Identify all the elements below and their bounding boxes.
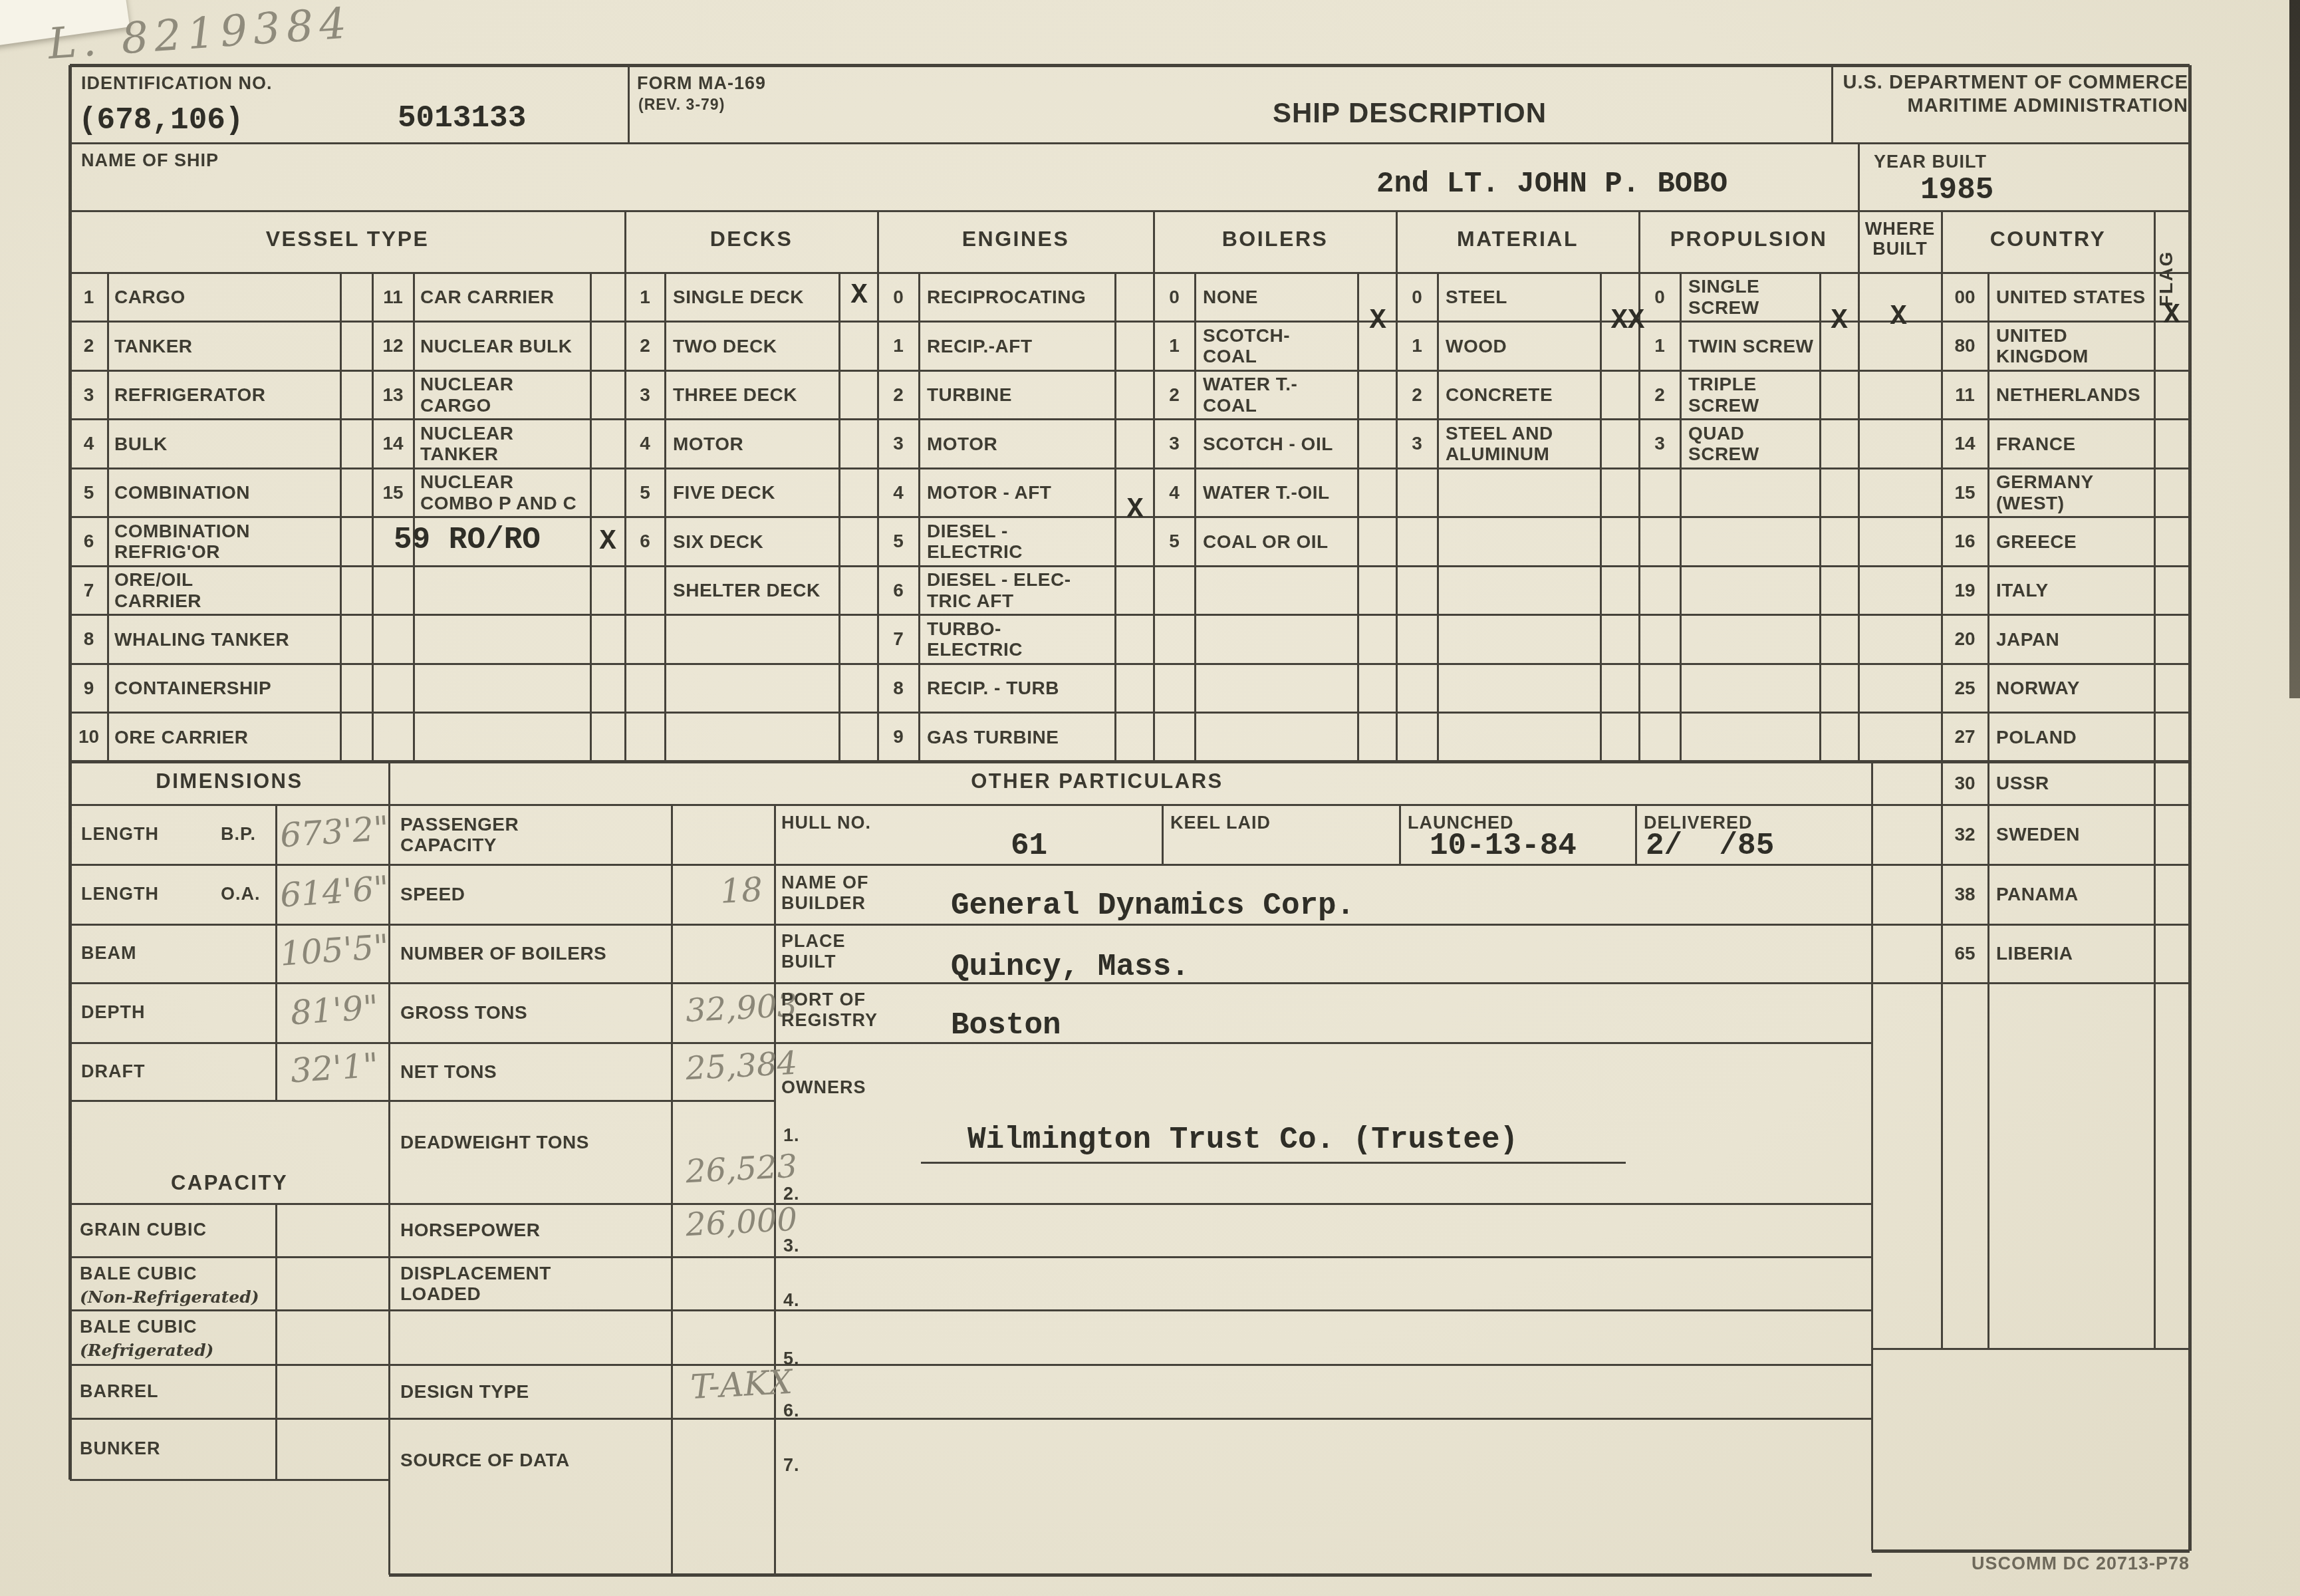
column-header-propulsion: PROPULSION [1639,227,1858,251]
boilers-item-label: SCOTCH - OIL [1203,420,1352,469]
boilers-item-code: 0 [1154,273,1195,322]
country-label: SWEDEN [1996,805,2149,864]
propulsion-item-code: 3 [1639,420,1680,469]
particular-value: 26,000 [658,1199,826,1245]
material-item-label: WOOD [1446,322,1595,371]
country-code: 00 [1942,273,1988,322]
country-code: 14 [1942,420,1988,469]
country-label: NORWAY [1996,664,2149,713]
country-code: 65 [1942,924,1988,983]
country-label: POLAND [1996,713,2149,762]
grid-line-v [340,273,342,761]
vessel-type-item-code: 9 [70,664,108,713]
propulsion-item-label: QUAD SCREW [1688,420,1815,469]
engines-item-code: 8 [878,664,919,713]
other-particulars-header: OTHER PARTICULARS [798,770,1396,793]
vessel-type-item2-code: 14 [372,420,414,469]
port-of-registry-label: PORT OF REGISTRY [781,990,878,1031]
propulsion-selected-mark: X [1811,305,1867,336]
column-header-vessel-type: VESSEL TYPE [70,227,625,251]
boilers-item-label: NONE [1203,273,1352,322]
grid-line-h [70,64,2190,67]
country-label: LIBERIA [1996,924,2149,983]
boilers-item-code: 3 [1154,420,1195,469]
vessel-type-entry-value: 59 RO/RO [394,523,541,557]
vessel-type-item2-code: 13 [372,370,414,420]
dimension-label: LENGTH [81,884,159,904]
vessel-type-item-code: 2 [70,322,108,371]
vessel-type-item-code: 4 [70,420,108,469]
identification-value-right: 5013133 [398,101,526,136]
grid-line-v [628,65,630,143]
owner-index: 5. [783,1349,800,1369]
grid-line-v [2154,211,2156,1349]
boilers-item-label: COAL OR OIL [1203,517,1352,567]
material-item-code: 1 [1396,322,1438,371]
column-header-country: COUNTRY [1942,227,2154,251]
vessel-type-item2-label: CAR CARRIER [420,273,586,322]
particular-value: T-AKX [658,1361,826,1408]
owner-index: 7. [783,1455,800,1476]
vessel-type-item2-label: NUCLEAR CARGO [420,370,586,420]
where-built-mark: X [1870,301,1926,332]
boilers-item-code: 1 [1154,322,1195,371]
particular-label: DISPLACEMENT LOADED [400,1257,666,1310]
dimension-value: 673'2" [263,808,406,857]
grid-line-v [1819,273,1821,761]
capacity-label: GRAIN CUBIC [80,1220,207,1240]
decks-item-code: 5 [625,468,665,517]
grid-line-h [70,565,2190,567]
decks-item-code: 2 [625,322,665,371]
vessel-type-item2-code: 15 [372,468,414,517]
engines-item-label: DIESEL - ELECTRIC [927,517,1110,567]
particular-label: NET TONS [400,1043,666,1101]
country-label: GERMANY (WEST) [1996,468,2149,517]
particular-label: HORSEPOWER [400,1204,666,1257]
form-revision: (REV. 3-79) [638,96,725,113]
material-item-label: CONCRETE [1446,370,1595,420]
scanned-form-page: L. 8219384 IDENTIFICATION NO. (678,106) … [0,0,2300,1596]
grid-line-v [1399,805,1401,864]
hull-no-value: 61 [1011,829,1047,863]
country-label: NETHERLANDS [1996,370,2149,420]
boilers-item-code: 2 [1154,370,1195,420]
column-header-decks: DECKS [625,227,878,251]
country-code: 25 [1942,664,1988,713]
engines-item-label: MOTOR [927,420,1110,469]
dimension-value: 614'6" [263,868,406,916]
engines-item-label: RECIP.-AFT [927,322,1110,371]
delivered-value: 2/ /85 [1646,829,1774,863]
capacity-note: (Non-Refrigerated) [80,1287,259,1307]
country-code: 32 [1942,805,1988,864]
owner-index: 4. [783,1290,800,1311]
capacity-label: BARREL [80,1381,159,1402]
builder-label: NAME OF BUILDER [781,872,869,914]
vessel-type-item2-code: 12 [372,322,414,371]
dimension-label: DEPTH [81,1002,146,1023]
owners-label: OWNERS [781,1077,866,1098]
grid-line-v [1600,273,1602,761]
vessel-type-item-code: 6 [70,517,108,567]
country-label: USSR [1996,761,2149,805]
material-item-code: 0 [1396,273,1438,322]
material-item-code: 3 [1396,420,1438,469]
particular-label: NUMBER OF BOILERS [400,924,666,983]
scan-edge-shadow [2289,0,2300,698]
vessel-type-item-label: BULK [114,420,334,469]
grid-line-v [1871,761,1873,1551]
identification-label: IDENTIFICATION NO. [81,73,273,94]
column-header-where-built: WHERE BUILT [1858,219,1942,259]
vessel-type-item-code: 8 [70,615,108,664]
grid-line-h [70,1203,1872,1205]
country-code: 15 [1942,468,1988,517]
vessel-type-item2-label: NUCLEAR BULK [420,322,586,371]
capacity-label: BUNKER [80,1438,161,1459]
dimension-value: 105'5" [263,926,406,975]
owner-index: 1. [783,1125,800,1146]
propulsion-item-code: 1 [1639,322,1680,371]
owner-value: Wilmington Trust Co. (Trustee) [967,1123,1518,1157]
grid-line-h [70,1256,1872,1258]
grid-line-v [838,273,840,761]
vessel-type-item-label: REFRIGERATOR [114,370,334,420]
country-code: 20 [1942,615,1988,664]
decks-item-code: 1 [625,273,665,322]
grid-line-h [70,712,2190,714]
decks-item-code: 4 [625,420,665,469]
propulsion-item-label: SINGLE SCREW [1688,273,1815,322]
particular-label: GROSS TONS [400,983,666,1043]
boilers-item-code: 5 [1154,517,1195,567]
engines-item-code: 0 [878,273,919,322]
vessel-type-item-label: WHALING TANKER [114,615,334,664]
grid-line-h [389,1573,1872,1577]
country-code: 27 [1942,713,1988,762]
particular-label: DEADWEIGHT TONS [400,1101,666,1172]
dimension-sublabel: O.A. [221,884,261,904]
country-code: 38 [1942,864,1988,924]
engines-item-label: MOTOR - AFT [927,468,1110,517]
engines-item-code: 2 [878,370,919,420]
engines-item-code: 1 [878,322,919,371]
engines-item-label: TURBINE [927,370,1110,420]
decks-item-label: FIVE DECK [673,468,832,517]
grid-line-v [774,805,776,1575]
vessel-type-item-label: CARGO [114,273,334,322]
keel-laid-label: KEEL LAID [1170,813,1271,833]
vessel-type-item-label: COMBINATION [114,468,334,517]
grid-line-h [70,1309,1872,1311]
port-of-registry-value: Boston [951,1008,1061,1043]
vessel-type-item-code: 7 [70,566,108,615]
agency-line1: U.S. DEPARTMENT OF COMMERCE [1843,72,2188,94]
country-label: GREECE [1996,517,2149,567]
grid-line-h [1872,1549,2190,1553]
grid-line-v [1162,805,1164,864]
engines-item-code: 6 [878,566,919,615]
decks-item-label: SINGLE DECK [673,273,832,322]
owner-index: 3. [783,1236,800,1256]
grid-line-h [70,210,2190,212]
ship-name-label: NAME OF SHIP [81,150,219,171]
launched-value: 10-13-84 [1430,829,1577,863]
dimension-value: 81'9" [263,986,406,1035]
flag-mark: X [2144,299,2200,331]
engines-item-code: 9 [878,713,919,762]
vessel-type-item-label: TANKER [114,322,334,371]
vessel-type-item-label: COMBINATION REFRIG'OR [114,517,334,567]
place-built-value: Quincy, Mass. [951,950,1190,984]
country-label: UNITED STATES [1996,273,2149,322]
capacity-note: (Refrigerated) [80,1341,213,1360]
decks-item-label: MOTOR [673,420,832,469]
dimensions-header: DIMENSIONS [70,770,389,793]
year-built-value: 1985 [1920,173,1993,207]
country-code: 30 [1942,761,1988,805]
grid-line-h [70,1364,1872,1366]
grid-line-v [275,1204,277,1480]
dimension-label: LENGTH [81,824,159,845]
particular-label: PASSENGER CAPACITY [400,805,666,864]
vessel-type-item-label: ORE/OIL CARRIER [114,566,334,615]
owner-index: 6. [783,1400,800,1421]
engines-item-code: 5 [878,517,919,567]
form-number: FORM MA-169 [637,73,766,94]
particular-label: SOURCE OF DATA [400,1418,666,1490]
grid-line-v [1635,805,1637,864]
engines-item-label: TURBO- ELECTRIC [927,615,1110,664]
vessel-type-item-code: 3 [70,370,108,420]
dimension-value: 32'1" [263,1044,406,1093]
decks-item-label: TWO DECK [673,322,832,371]
vessel-type-item2-label: NUCLEAR TANKER [420,420,586,469]
grid-line-v [590,273,592,761]
propulsion-item-code: 2 [1639,370,1680,420]
place-built-label: PLACE BUILT [781,931,846,972]
grid-line-h [70,142,2190,144]
dimension-sublabel: B.P. [221,824,256,845]
decks-item-label: SHELTER DECK [673,566,832,615]
year-built-label: YEAR BUILT [1874,152,1987,172]
column-header-engines: ENGINES [878,227,1154,251]
country-label: UNITED KINGDOM [1996,322,2149,371]
builder-value: General Dynamics Corp. [951,888,1354,923]
country-label: ITALY [1996,566,2149,615]
vessel-type-item-code: 1 [70,273,108,322]
grid-line-h [1872,1348,2190,1350]
vessel-type-item-label: ORE CARRIER [114,713,334,762]
grid-line-h [70,1418,1872,1420]
engines-item-code: 4 [878,468,919,517]
identification-value-left: (678,106) [78,103,243,138]
country-label: PANAMA [1996,864,2149,924]
engines-item-label: RECIPROCATING [927,273,1110,322]
dimension-label: DRAFT [81,1061,145,1082]
country-code: 80 [1942,322,1988,371]
engines-item-label: GAS TURBINE [927,713,1110,762]
grid-line-v [1831,65,1833,143]
material-item-label: STEEL [1446,273,1595,322]
dimension-label: BEAM [81,943,137,964]
boilers-item-code: 4 [1154,468,1195,517]
country-code: 16 [1942,517,1988,567]
capacity-label: BALE CUBIC [80,1263,197,1284]
column-header-material: MATERIAL [1396,227,1639,251]
footer-code: USCOMM DC 20713-P78 [1972,1553,2190,1574]
ship-name-value: 2nd LT. JOHN P. BOBO [1376,168,1727,201]
grid-line-h [921,1162,1626,1164]
boilers-item-label: SCOTCH- COAL [1203,322,1352,371]
country-code: 19 [1942,566,1988,615]
country-label: JAPAN [1996,615,2149,664]
engines-item-code: 3 [878,420,919,469]
decks-item-label: THREE DECK [673,370,832,420]
column-header-boilers: BOILERS [1154,227,1396,251]
particular-value: 26,523 [658,1146,826,1192]
grid-line-v [1357,273,1359,761]
agency-line2: MARITIME ADMINISTRATION [1907,95,2188,117]
vessel-type-selected-mark: X [580,525,636,557]
vessel-type-item-code: 10 [70,713,108,762]
particular-label: DESIGN TYPE [400,1365,666,1418]
material-item-code: 2 [1396,370,1438,420]
country-label: FRANCE [1996,420,2149,469]
decks-item-label: SIX DECK [673,517,832,567]
engines-item-label: DIESEL - ELEC- TRIC AFT [927,566,1110,615]
page-title: SHIP DESCRIPTION [1190,97,1629,129]
engines-item-label: RECIP. - TURB [927,664,1110,713]
propulsion-item-label: TWIN SCREW [1688,322,1815,371]
boilers-item-label: WATER T.-OIL [1203,468,1352,517]
grid-line-h [70,663,2190,665]
engines-item-code: 7 [878,615,919,664]
decks-item-code: 3 [625,370,665,420]
owner-index: 2. [783,1184,800,1204]
propulsion-item-code: 0 [1639,273,1680,322]
vessel-type-item2-label: NUCLEAR COMBO P AND C [420,468,586,517]
capacity-label: BALE CUBIC [80,1317,197,1337]
grid-line-h [70,1479,389,1481]
particular-label: SPEED [400,864,666,924]
country-code: 11 [1942,370,1988,420]
vessel-type-item-code: 5 [70,468,108,517]
grid-line-h [70,614,2190,616]
hull-no-label: HULL NO. [781,813,871,833]
material-item-label: STEEL AND ALUMINUM [1446,420,1595,469]
vessel-type-item-label: CONTAINERSHIP [114,664,334,713]
vessel-type-item2-code: 11 [372,273,414,322]
propulsion-item-label: TRIPLE SCREW [1688,370,1815,420]
capacity-header: CAPACITY [70,1172,389,1194]
boilers-item-label: WATER T.- COAL [1203,370,1352,420]
